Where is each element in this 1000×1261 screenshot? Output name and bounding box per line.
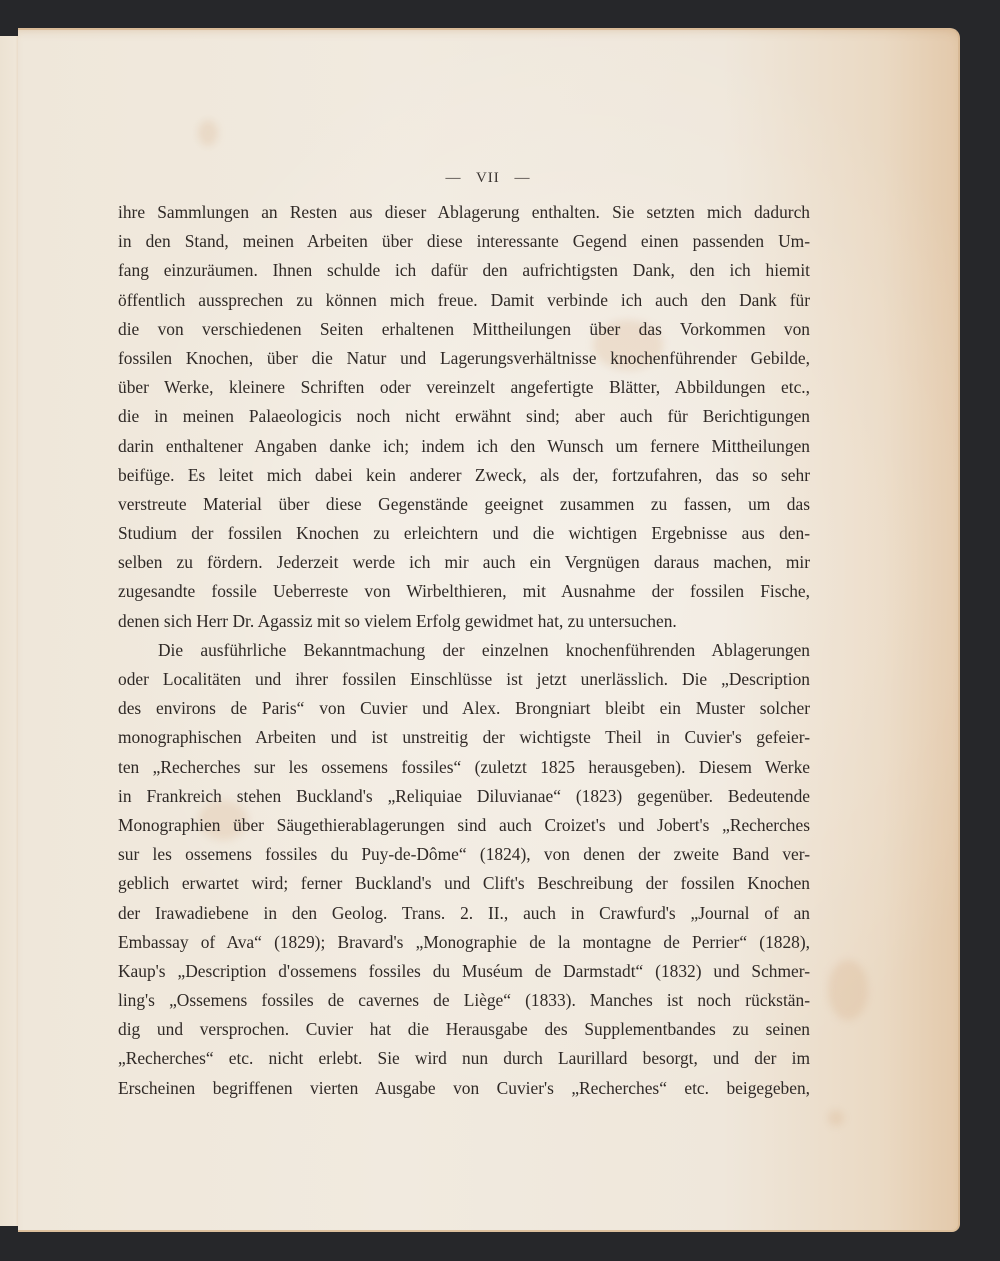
- page-number-value: VII: [476, 170, 500, 186]
- text-line: selben zu fördern. Jederzeit werde ich m…: [118, 548, 810, 577]
- page-number-dash-right: —: [515, 170, 531, 186]
- foxing-stain: [828, 1110, 844, 1126]
- text-line: Embassay of Ava“ (1829); Bravard's „Mono…: [118, 928, 810, 957]
- page-number: — VII —: [18, 170, 958, 187]
- text-line: zugesandte fossile Ueberreste von Wirbel…: [118, 577, 810, 606]
- text-line: in Frankreich stehen Buckland's „Reliqui…: [118, 782, 810, 811]
- foxing-stain: [198, 120, 218, 146]
- text-line: Die ausführliche Bekanntmachung der einz…: [118, 636, 810, 665]
- body-text: ihre Sammlungen an Resten aus dieser Abl…: [118, 198, 810, 1103]
- text-line: verstreute Material über diese Gegenstän…: [118, 490, 810, 519]
- text-line: ihre Sammlungen an Resten aus dieser Abl…: [118, 198, 810, 227]
- text-line: monographischen Arbeiten und ist unstrei…: [118, 723, 810, 752]
- text-line: denen sich Herr Dr. Agassiz mit so viele…: [118, 607, 810, 636]
- text-line: über Werke, kleinere Schriften oder vere…: [118, 373, 810, 402]
- page-number-dash-left: —: [445, 170, 461, 186]
- text-line: öffentlich aussprechen zu können mich fr…: [118, 286, 810, 315]
- text-line: ten „Recherches sur les ossemens fossile…: [118, 753, 810, 782]
- text-line: Kaup's „Description d'ossemens fossiles …: [118, 957, 810, 986]
- text-line: ling's „Ossemens fossiles de cavernes de…: [118, 986, 810, 1015]
- text-line: in den Stand, meinen Arbeiten über diese…: [118, 227, 810, 256]
- paragraph-2: Die ausführliche Bekanntmachung der einz…: [118, 636, 810, 1103]
- text-line: darin enthaltener Angaben danke ich; ind…: [118, 432, 810, 461]
- text-line: oder Localitäten und ihrer fossilen Eins…: [118, 665, 810, 694]
- text-line: die von verschiedenen Seiten erhaltenen …: [118, 315, 810, 344]
- text-line: sur les ossemens fossiles du Puy-de-Dôme…: [118, 840, 810, 869]
- foxing-stain: [828, 960, 868, 1020]
- text-line: die in meinen Palaeologicis noch nicht e…: [118, 402, 810, 431]
- text-line: Studium der fossilen Knochen zu erleicht…: [118, 519, 810, 548]
- text-line: fang einzuräumen. Ihnen schulde ich dafü…: [118, 256, 810, 285]
- text-line: geblich erwartet wird; ferner Buckland's…: [118, 869, 810, 898]
- text-line: Monographien über Säugethierablagerungen…: [118, 811, 810, 840]
- text-line: beifüge. Es leitet mich dabei kein ander…: [118, 461, 810, 490]
- paragraph-1: ihre Sammlungen an Resten aus dieser Abl…: [118, 198, 810, 636]
- text-line: Erscheinen begriffenen vierten Ausgabe v…: [118, 1074, 810, 1103]
- text-line: fossilen Knochen, über die Natur und Lag…: [118, 344, 810, 373]
- text-line: „Recherches“ etc. nicht erlebt. Sie wird…: [118, 1044, 810, 1073]
- text-line: der Irawadiebene in den Geolog. Trans. 2…: [118, 899, 810, 928]
- text-line: des environs de Paris“ von Cuvier und Al…: [118, 694, 810, 723]
- text-line: dig und versprochen. Cuvier hat die Hera…: [118, 1015, 810, 1044]
